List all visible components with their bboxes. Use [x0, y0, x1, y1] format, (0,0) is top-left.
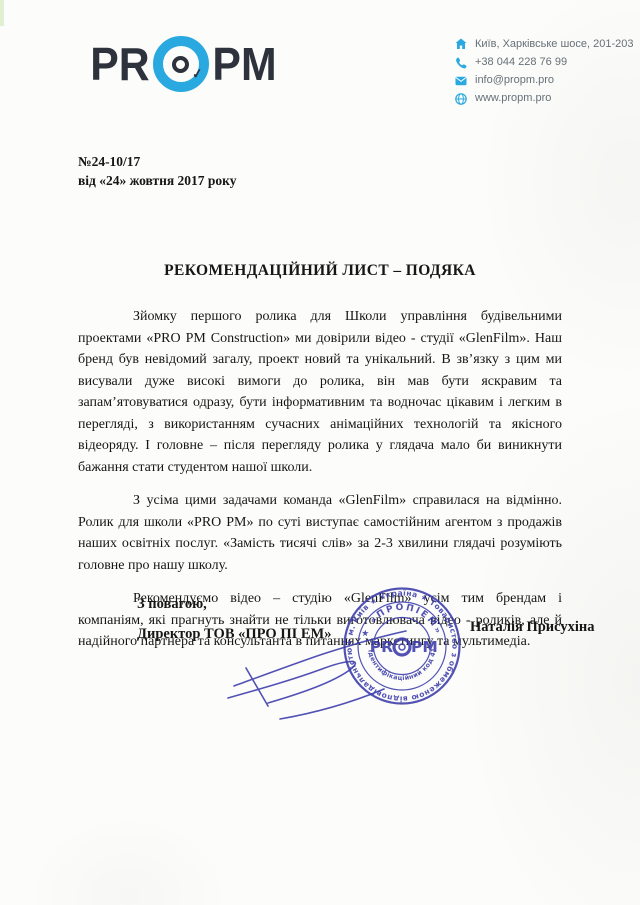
ring-logo-icon: ✓	[153, 36, 209, 92]
signature-name: Наталія Присухіна	[470, 619, 595, 636]
scan-edge-artifact	[0, 0, 4, 26]
scanned-letter-page: { "colors": { "logo_dark": "#2d323c", "l…	[0, 0, 640, 905]
company-logo: PR ✓ PM	[88, 33, 279, 95]
contact-row-website: www.propm.pro	[455, 93, 635, 105]
mail-icon	[455, 76, 467, 86]
globe-icon	[455, 93, 467, 105]
home-icon	[455, 38, 467, 50]
contact-row-email: info@propm.pro	[455, 75, 635, 86]
svg-text:Ідентифікаційний код 41651487: Ідентифікаційний код 41651487	[327, 571, 438, 682]
check-icon: ✓	[191, 66, 204, 80]
reference-block: №24-10/17 від «24» жовтня 2017 року	[78, 152, 237, 190]
stamp-logo-pm: PM	[411, 638, 438, 656]
contact-row-phone: +38 044 228 76 99	[455, 57, 635, 69]
stamp-center-logo: PR PM	[370, 638, 438, 656]
logo-text-pr: PR	[90, 41, 149, 87]
reference-number: №24-10/17	[78, 152, 237, 171]
stamp-logo-inner-ring-icon	[399, 644, 405, 650]
paragraph-2: З усіма цими задачами команда «GlenFilm»…	[78, 490, 562, 576]
paragraph-1: Зйомку першого ролика для Школи управлін…	[78, 306, 562, 478]
contact-row-address: Київ, Харківське шосе, 201-203	[455, 38, 635, 50]
reference-date: від «24» жовтня 2017 року	[78, 171, 237, 190]
letter-title: РЕКОМЕНДАЦІЙНИЙ ЛИСТ – ПОДЯКА	[0, 262, 640, 280]
stamp-logo-ring-icon	[394, 639, 410, 655]
signature-salutation: З повагою,	[137, 596, 207, 613]
company-stamp: ★ м. Київ ★ Україна ★ Товариство з обмеж…	[327, 571, 477, 721]
contact-address: Київ, Харківське шосе, 201-203	[475, 39, 634, 50]
inner-ring-icon	[172, 56, 189, 73]
stamp-inner-bottom-text: Ідентифікаційний код 41651487	[327, 571, 438, 682]
contact-website: www.propm.pro	[475, 93, 551, 104]
stamp-logo-pr: PR	[370, 638, 393, 656]
phone-icon	[455, 57, 467, 69]
contact-email: info@propm.pro	[475, 75, 554, 86]
contact-phone: +38 044 228 76 99	[475, 57, 567, 68]
contact-block: Київ, Харківське шосе, 201-203 +38 044 2…	[455, 38, 635, 111]
logo-text-pm: PM	[212, 41, 276, 87]
